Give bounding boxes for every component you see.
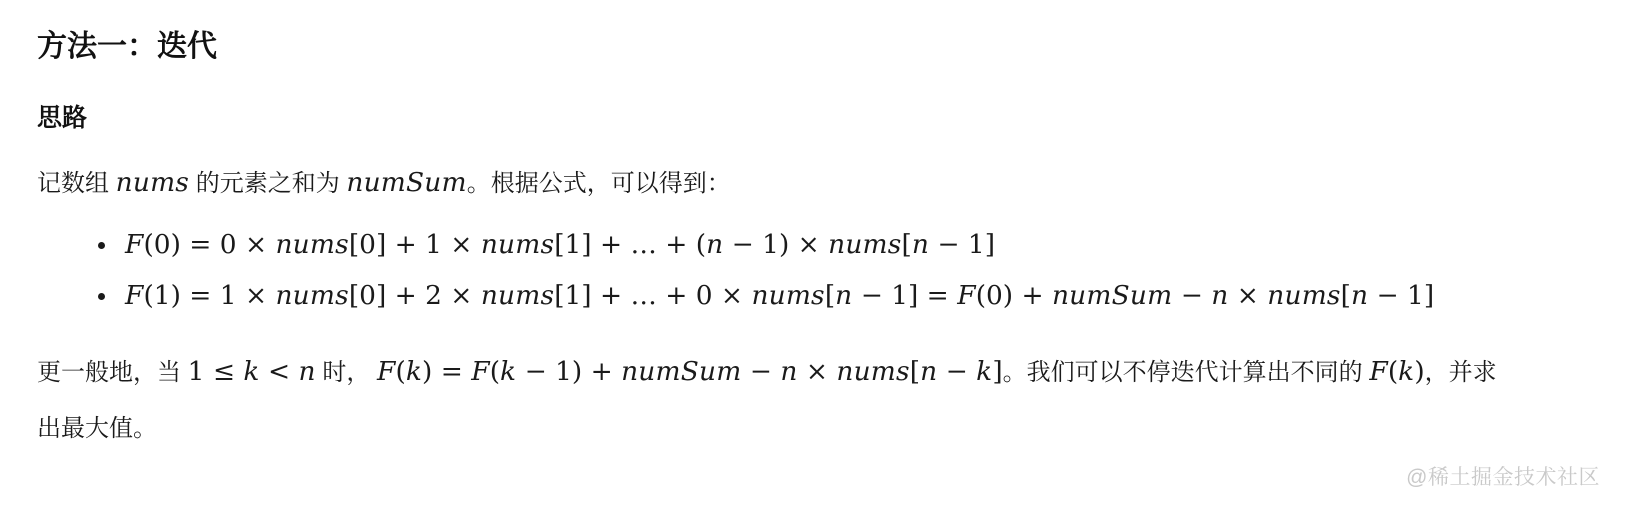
formula-item-f1: F(1) = 1 × nums[0] + 2 × nums[1] + … + 0…	[119, 279, 1588, 315]
formula-item-f0: F(0) = 0 × nums[0] + 1 × nums[1] + … + (…	[119, 228, 1588, 264]
watermark: @稀土掘金技术社区	[1406, 467, 1600, 488]
intro-paragraph: 记数组 nums 的元素之和为 numSum。根据公式，可以得到：	[37, 166, 1588, 202]
article-content: 方法一：迭代 思路 记数组 nums 的元素之和为 numSum。根据公式，可以…	[0, 30, 1628, 457]
formula-list: F(0) = 0 × nums[0] + 1 × nums[1] + … + (…	[37, 228, 1588, 315]
method-heading: 方法一：迭代	[37, 30, 1588, 63]
general-paragraph: 更一般地，当 1 ≤ k < n 时， F(k) = F(k − 1) + nu…	[37, 345, 1515, 457]
approach-subheading: 思路	[37, 104, 1588, 133]
